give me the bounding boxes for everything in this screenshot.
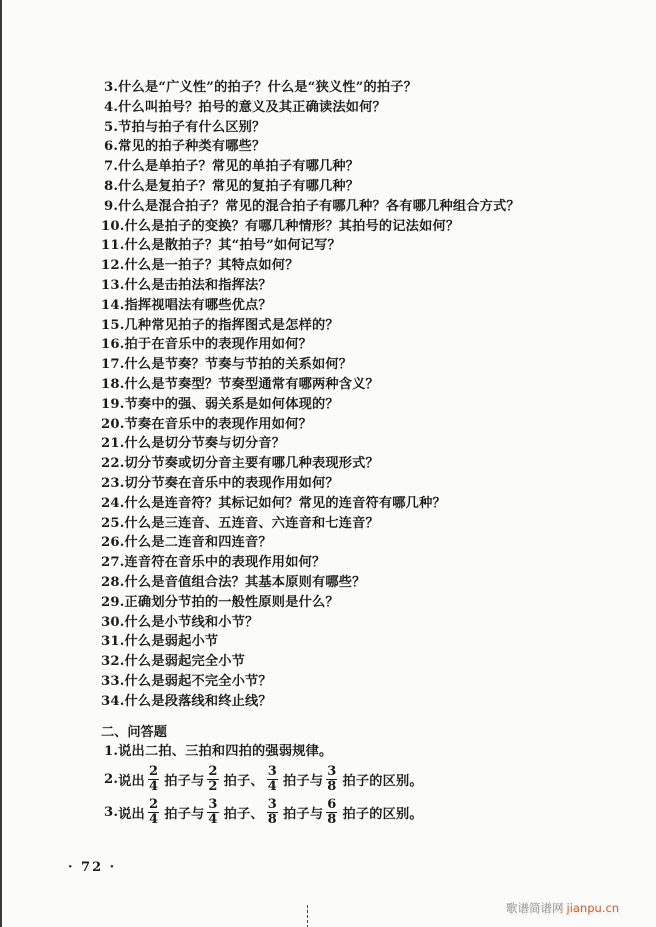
question-text: 节拍与拍子有什么区别？	[118, 120, 265, 135]
question-item: 27.连音符在音乐中的表现作用如何？	[101, 553, 520, 573]
question-number: 13.	[101, 276, 125, 296]
denominator: 8	[267, 813, 278, 827]
question-number: 12.	[101, 256, 125, 276]
question-text: 指挥视唱法有哪些优点？	[125, 298, 272, 313]
question-item: 4.什么叫拍号？拍号的意义及其正确读法如何？	[101, 98, 520, 118]
question-text: 连音符在音乐中的表现作用如何？	[125, 555, 326, 570]
denominator: 4	[207, 813, 218, 827]
numerator: 3	[267, 798, 278, 813]
denominator: 8	[326, 780, 337, 794]
question-item: 23.切分节奏在音乐中的表现作用如何？	[101, 474, 520, 494]
scan-artifact	[307, 905, 308, 927]
question-text: 节奏在音乐中的表现作用如何？	[125, 417, 312, 432]
question-text: 什么是音值组合法？其基本原则有哪些？	[125, 575, 366, 590]
question-item: 29.正确划分节拍的一般性原则是什么？	[101, 593, 520, 613]
question-number: 22.	[101, 454, 125, 474]
question-text: 拍子、	[224, 770, 264, 789]
numerator: 2	[148, 798, 159, 813]
question-number: 15.	[101, 316, 125, 336]
question-text: 什么是三连音、五连音、六连音和七连音？	[125, 516, 379, 531]
question-number: 32.	[101, 652, 125, 672]
question-text: 什么是弱起不完全小节？	[125, 674, 272, 689]
question-number: 7.	[101, 157, 118, 177]
question-item: 15.几种常见拍子的指挥图式是怎样的？	[101, 316, 520, 336]
qa-item-3: 3. 说出 24 拍子与 34 拍子、 38 拍子与 68 拍子的区别。	[104, 795, 423, 829]
question-number: 11.	[101, 236, 125, 256]
numerator: 6	[326, 798, 337, 813]
question-text: 拍子与	[164, 770, 204, 789]
time-signature-fraction: 34	[207, 798, 218, 827]
question-item: 22.切分节奏或切分音主要有哪几种表现形式？	[101, 454, 520, 474]
question-text: 什么是连音符？其标记如何？常见的连音符有哪几种？	[125, 496, 446, 511]
question-text: 什么是弱起小节	[125, 634, 219, 649]
numerator: 2	[148, 765, 159, 780]
question-number: 19.	[101, 395, 125, 415]
question-text: 说出	[118, 770, 145, 789]
question-number: 23.	[101, 474, 125, 494]
question-number: 5.	[101, 118, 118, 138]
question-text: 什么是混合拍子？常见的混合拍子有哪几种？各有哪几种组合方式？	[118, 199, 520, 214]
watermark: 歌谱简谱网jianpu.cn	[506, 900, 619, 916]
question-number: 1.	[104, 742, 118, 762]
question-text: 什么是“广义性”的拍子？什么是“狭义性”的拍子？	[118, 80, 417, 95]
question-text: 什么是节奏？节奏与节拍的关系如何？	[125, 357, 353, 372]
question-text: 说出二拍、三拍和四拍的强弱规律。	[118, 742, 332, 762]
qa-item-1: 1. 说出二拍、三拍和四拍的强弱规律。	[104, 742, 332, 762]
question-number: 30.	[101, 613, 125, 633]
question-number: 17.	[101, 355, 125, 375]
question-number: 27.	[101, 553, 125, 573]
question-text: 切分节奏或切分音主要有哪几种表现形式？	[125, 456, 379, 471]
question-item: 19.节奏中的强、弱关系是如何体现的？	[101, 395, 520, 415]
question-number: 2.	[104, 772, 118, 787]
page-number: · 72 ·	[68, 860, 116, 875]
question-item: 24.什么是连音符？其标记如何？常见的连音符有哪几种？	[101, 494, 520, 514]
question-item: 21.什么是切分节奏与切分音？	[101, 434, 520, 454]
question-item: 10.什么是拍子的变换？有哪几种情形？其拍号的记法如何？	[101, 217, 520, 237]
question-text: 什么叫拍号？拍号的意义及其正确读法如何？	[118, 100, 386, 115]
question-text: 什么是二连音和四连音？	[125, 535, 272, 550]
question-text: 拍子与	[283, 803, 323, 822]
question-text: 说出	[118, 803, 145, 822]
question-text: 什么是击拍法和指挥法？	[125, 278, 272, 293]
question-text: 什么是单拍子？常见的单拍子有哪几种？	[118, 159, 359, 174]
question-item: 18.什么是节奏型？节奏型通常有哪两种含义？	[101, 375, 520, 395]
question-item: 9.什么是混合拍子？常见的混合拍子有哪几种？各有哪几种组合方式？	[101, 197, 520, 217]
question-item: 28.什么是音值组合法？其基本原则有哪些？	[101, 573, 520, 593]
question-number: 21.	[101, 434, 125, 454]
question-number: 9.	[101, 197, 118, 217]
time-signature-fraction: 24	[148, 765, 159, 794]
denominator: 4	[148, 780, 159, 794]
time-signature-fraction: 38	[267, 798, 278, 827]
question-text: 拍子的区别。	[342, 803, 422, 822]
question-number: 31.	[101, 632, 125, 652]
question-text: 拍子的区别。	[342, 770, 422, 789]
question-text: 什么是节奏型？节奏型通常有哪两种含义？	[125, 377, 379, 392]
question-item: 20.节奏在音乐中的表现作用如何？	[101, 415, 520, 435]
question-text: 什么是小节线和小节？	[125, 615, 259, 630]
question-number: 34.	[101, 692, 125, 712]
question-item: 5.节拍与拍子有什么区别？	[101, 118, 520, 138]
question-item: 30.什么是小节线和小节？	[101, 613, 520, 633]
time-signature-fraction: 68	[326, 798, 337, 827]
question-text: 拍子、	[224, 803, 264, 822]
question-text: 常见的拍子种类有哪些？	[118, 139, 265, 154]
question-text: 什么是一拍子？其特点如何？	[125, 258, 299, 273]
question-item: 14.指挥视唱法有哪些优点？	[101, 296, 520, 316]
question-text: 几种常见拍子的指挥图式是怎样的？	[125, 318, 339, 333]
question-text: 节奏中的强、弱关系是如何体现的？	[125, 397, 339, 412]
question-text: 拍子与	[164, 803, 204, 822]
time-signature-fraction: 24	[148, 798, 159, 827]
question-text: 拍于在音乐中的表现作用如何？	[125, 337, 312, 352]
time-signature-fraction: 34	[267, 765, 278, 794]
numerator: 2	[207, 765, 218, 780]
question-text: 什么是拍子的变换？有哪几种情形？其拍号的记法如何？	[125, 219, 460, 234]
question-item: 26.什么是二连音和四连音？	[101, 533, 520, 553]
question-number: 29.	[101, 593, 125, 613]
denominator: 4	[267, 780, 278, 794]
page-edge	[0, 0, 2, 927]
question-number: 16.	[101, 335, 125, 355]
question-text: 拍子与	[283, 770, 323, 789]
question-item: 33.什么是弱起不完全小节？	[101, 672, 520, 692]
question-number: 6.	[101, 137, 118, 157]
question-text: 什么是复拍子？常见的复拍子有哪几种？	[118, 179, 359, 194]
question-number: 24.	[101, 494, 125, 514]
question-text: 什么是切分节奏与切分音？	[125, 436, 286, 451]
question-item: 3.什么是“广义性”的拍子？什么是“狭义性”的拍子？	[101, 78, 520, 98]
question-number: 8.	[101, 177, 118, 197]
question-item: 32.什么是弱起完全小节	[101, 652, 520, 672]
question-item: 11.什么是散拍子？其“拍号”如何记写？	[101, 236, 520, 256]
denominator: 8	[326, 813, 337, 827]
question-number: 14.	[101, 296, 125, 316]
denominator: 2	[207, 780, 218, 794]
question-item: 12.什么是一拍子？其特点如何？	[101, 256, 520, 276]
watermark-site-name: 歌谱简谱网	[506, 901, 564, 915]
question-item: 16.拍于在音乐中的表现作用如何？	[101, 335, 520, 355]
question-text: 什么是弱起完全小节	[125, 654, 246, 669]
time-signature-fraction: 38	[326, 765, 337, 794]
question-text: 切分节奏在音乐中的表现作用如何？	[125, 476, 339, 491]
question-item: 34.什么是段落线和终止线？	[101, 692, 520, 712]
question-number: 25.	[101, 514, 125, 534]
question-number: 3.	[104, 805, 118, 820]
question-list: 3.什么是“广义性”的拍子？什么是“狭义性”的拍子？ 4.什么叫拍号？拍号的意义…	[101, 78, 520, 712]
question-text: 什么是散拍子？其“拍号”如何记写？	[125, 238, 341, 253]
question-item: 25.什么是三连音、五连音、六连音和七连音？	[101, 514, 520, 534]
denominator: 4	[148, 813, 159, 827]
question-item: 8.什么是复拍子？常见的复拍子有哪几种？	[101, 177, 520, 197]
section-heading: 二、问答题	[101, 723, 167, 743]
numerator: 3	[207, 798, 218, 813]
question-number: 10.	[101, 217, 125, 237]
question-item: 13.什么是击拍法和指挥法？	[101, 276, 520, 296]
question-number: 4.	[101, 98, 118, 118]
numerator: 3	[267, 765, 278, 780]
question-item: 7.什么是单拍子？常见的单拍子有哪几种？	[101, 157, 520, 177]
question-item: 6.常见的拍子种类有哪些？	[101, 137, 520, 157]
question-number: 18.	[101, 375, 125, 395]
qa-item-2: 2. 说出 24 拍子与 22 拍子、 34 拍子与 38 拍子的区别。	[104, 762, 423, 796]
question-item: 31.什么是弱起小节	[101, 632, 520, 652]
question-number: 26.	[101, 533, 125, 553]
question-number: 3.	[101, 78, 118, 98]
question-text: 正确划分节拍的一般性原则是什么？	[125, 595, 339, 610]
question-number: 20.	[101, 415, 125, 435]
time-signature-fraction: 22	[207, 765, 218, 794]
question-number: 33.	[101, 672, 125, 692]
numerator: 3	[326, 765, 337, 780]
question-item: 17.什么是节奏？节奏与节拍的关系如何？	[101, 355, 520, 375]
question-number: 28.	[101, 573, 125, 593]
question-text: 什么是段落线和终止线？	[125, 694, 272, 709]
watermark-url: jianpu.cn	[567, 901, 620, 915]
